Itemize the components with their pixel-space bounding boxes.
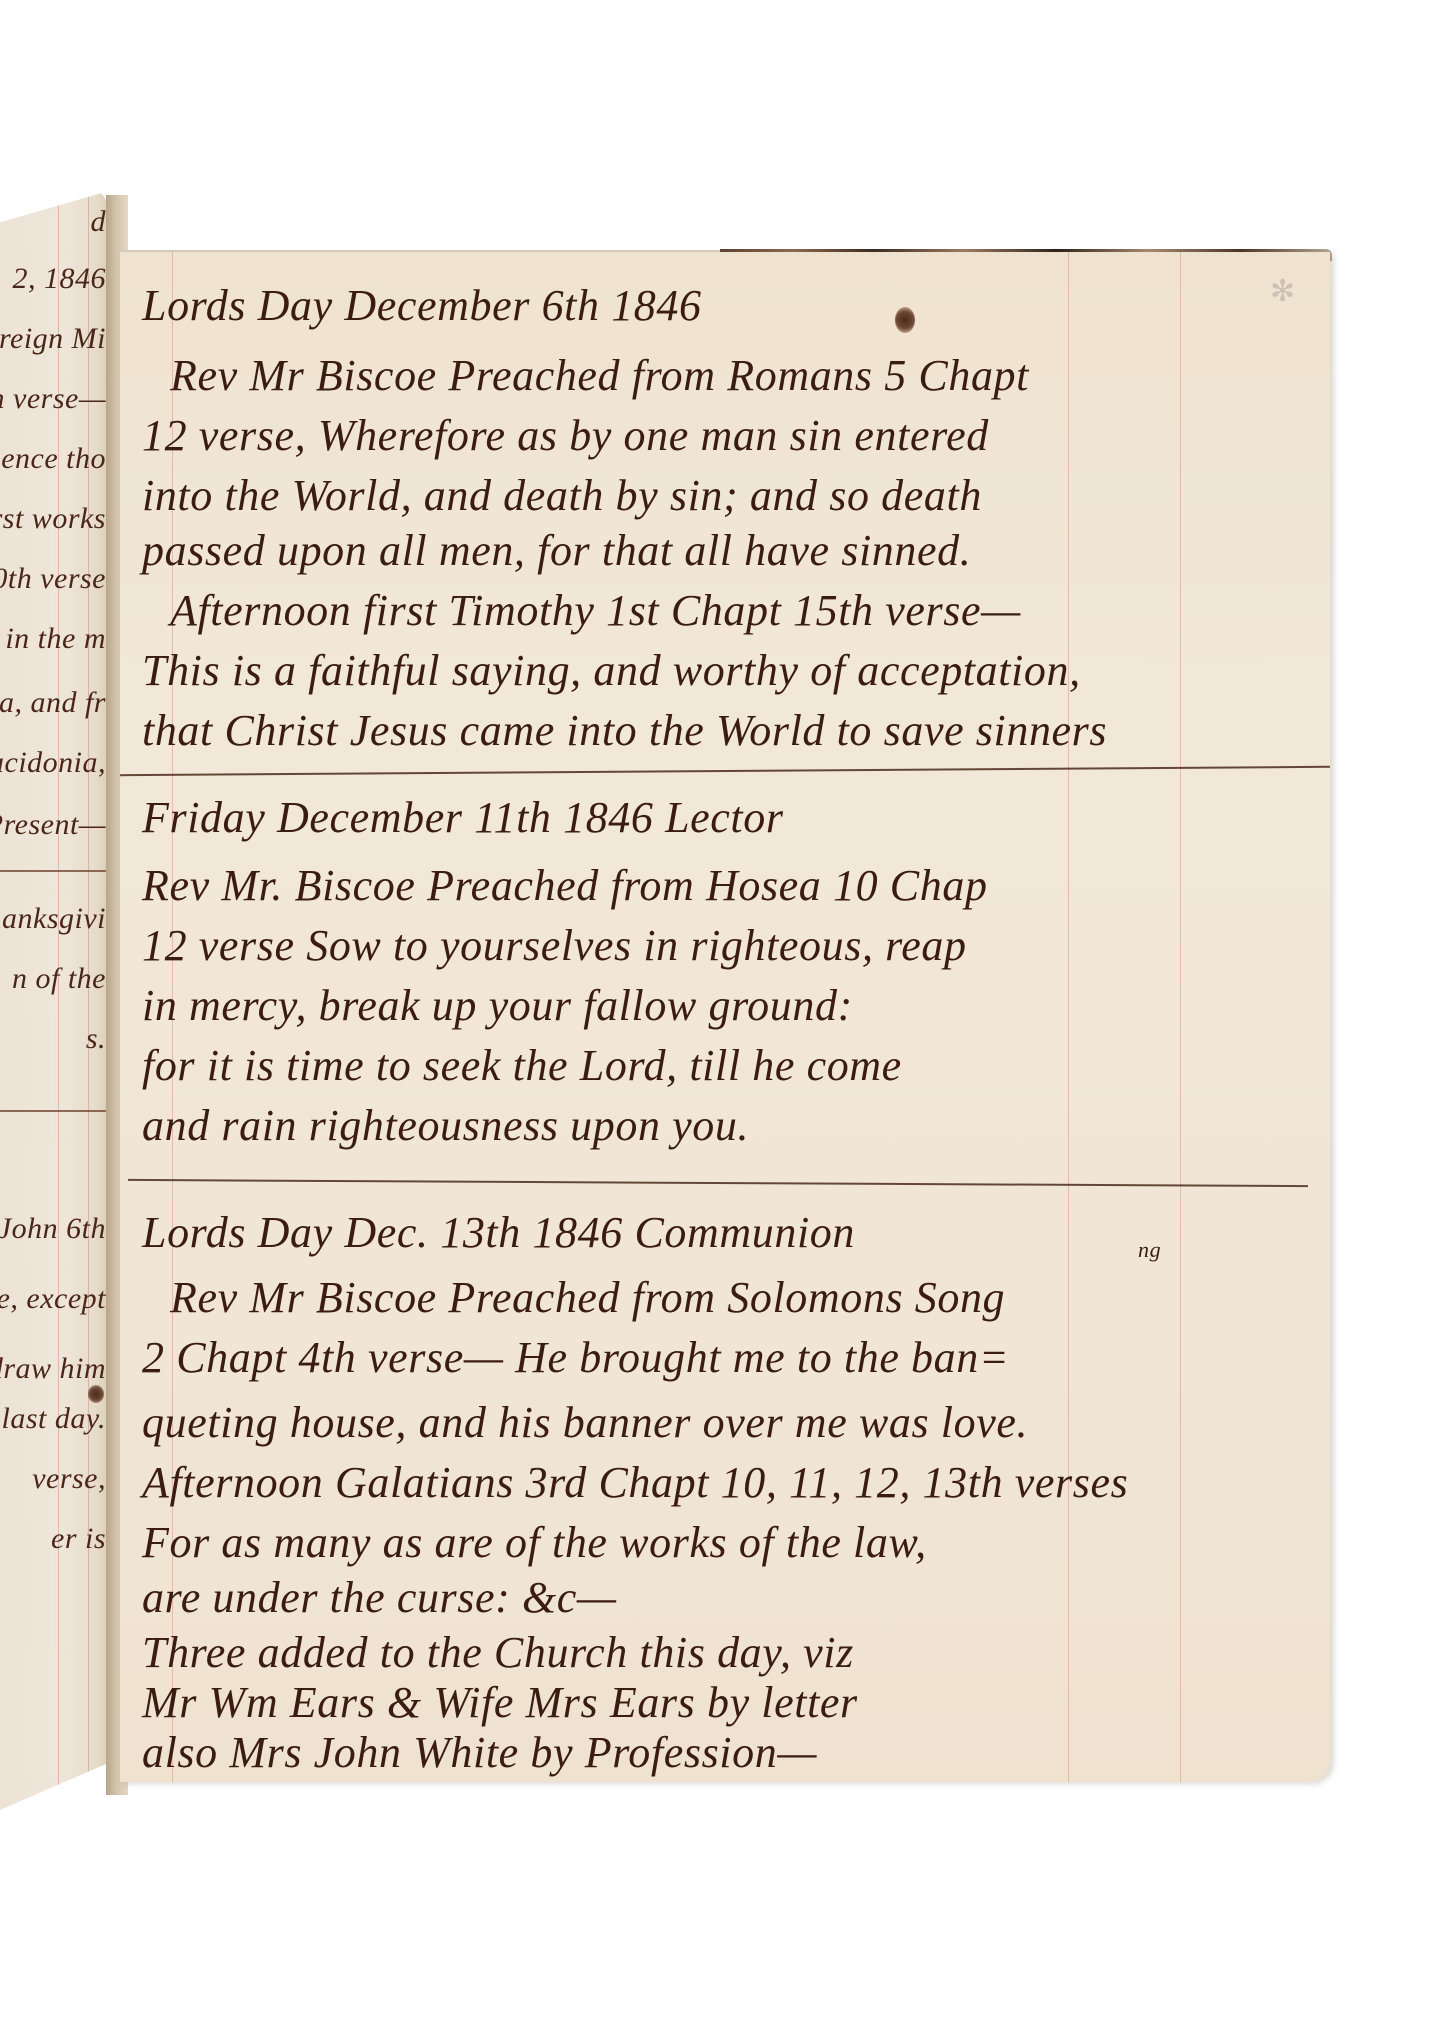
entry-line: also Mrs John White by Profession— (142, 1727, 817, 1778)
left-fragment: e draw him (0, 1352, 106, 1386)
entry-line: Rev Mr Biscoe Preached from Solomons Son… (170, 1272, 1005, 1323)
entry-heading: Friday December 11th 1846 Lector (142, 792, 784, 843)
left-fragment: verse, (32, 1462, 106, 1496)
entry-line: queting house, and his banner over me wa… (142, 1397, 1028, 1448)
entry-line: Afternoon Galatians 3rd Chapt 10, 11, 12… (142, 1457, 1128, 1508)
entry-line: Afternoon first Timothy 1st Chapt 15th v… (170, 585, 1021, 636)
left-fragment: er is (51, 1522, 106, 1556)
margin-rule (1180, 252, 1181, 1782)
entry-heading: Lords Day December 6th 1846 (142, 280, 702, 331)
entry-line: Mr Wm Ears & Wife Mrs Ears by letter (142, 1677, 858, 1728)
entry-line: are under the curse: &c— (142, 1572, 617, 1623)
entry-divider (120, 766, 1330, 776)
left-fragment: s. (86, 1022, 106, 1056)
left-fragment: nia, and fr (0, 686, 106, 720)
entry-line: 2 Chapt 4th verse— He brought me to the … (142, 1332, 1009, 1383)
left-page: d 2, 1846 Foreign Mi t 5th verse— whence… (0, 190, 112, 1810)
entry-line: Rev Mr. Biscoe Preached from Hosea 10 Ch… (142, 860, 988, 911)
left-fragment: e first works (0, 502, 106, 536)
entry-line: in mercy, break up your fallow ground: (142, 980, 853, 1031)
entry-line: passed upon all men, for that all have s… (142, 525, 971, 576)
margin-rule (1068, 252, 1069, 1782)
left-fragment: n of the (12, 962, 106, 996)
entry-line: For as many as are of the works of the l… (142, 1517, 927, 1568)
entry-line: and rain righteousness upon you. (142, 1100, 749, 1151)
ink-blot (895, 307, 915, 333)
entry-line: 12 verse, Wherefore as by one man sin en… (142, 410, 989, 461)
entry-line: Three added to the Church this day, viz (142, 1627, 854, 1678)
left-fragment: me, except (0, 1282, 106, 1316)
left-fragment: 2, 1846 (13, 262, 107, 296)
left-fragment: Thanksgivi (0, 902, 106, 936)
entry-line: for it is time to seek the Lord, till he… (142, 1040, 902, 1091)
entry-line: into the World, and death by sin; and so… (142, 470, 982, 521)
book-photo: d 2, 1846 Foreign Mi t 5th verse— whence… (0, 0, 1445, 2023)
margin-rule (88, 190, 89, 1810)
left-fragment: Foreign Mi (0, 322, 106, 356)
entry-line: This is a faithful saying, and worthy of… (142, 645, 1081, 696)
entry-divider (128, 1179, 1308, 1187)
left-fragment: oe Present— (0, 808, 106, 842)
left-fragment: 9 & 10th verse (0, 562, 106, 596)
left-fragment: whence tho (0, 442, 106, 476)
entry-heading: Lords Day Dec. 13th 1846 Communion (142, 1207, 855, 1258)
entry-line: that Christ Jesus came into the World to… (142, 705, 1107, 756)
left-fragment: t 5th verse— (0, 382, 106, 416)
entry-line: 12 verse Sow to yourselves in righteous,… (142, 920, 967, 971)
left-fragment: last day. (1, 1402, 106, 1436)
left-fragment: acidonia, (0, 746, 106, 780)
right-page: ✻ Lords Day December 6th 1846 Rev Mr Bis… (120, 252, 1330, 1782)
left-fragment: n John 6th (0, 1212, 106, 1246)
margin-rule (58, 190, 59, 1810)
faint-asterisk-mark: ✻ (1270, 274, 1295, 309)
entry-divider (0, 1110, 112, 1112)
entry-divider (0, 870, 112, 872)
left-fragment: d (91, 205, 107, 239)
superscript-correction: ng (1138, 1237, 1161, 1263)
left-fragment: l in the m (0, 622, 106, 656)
entry-line: Rev Mr Biscoe Preached from Romans 5 Cha… (170, 350, 1029, 401)
ink-blot (88, 1385, 104, 1403)
